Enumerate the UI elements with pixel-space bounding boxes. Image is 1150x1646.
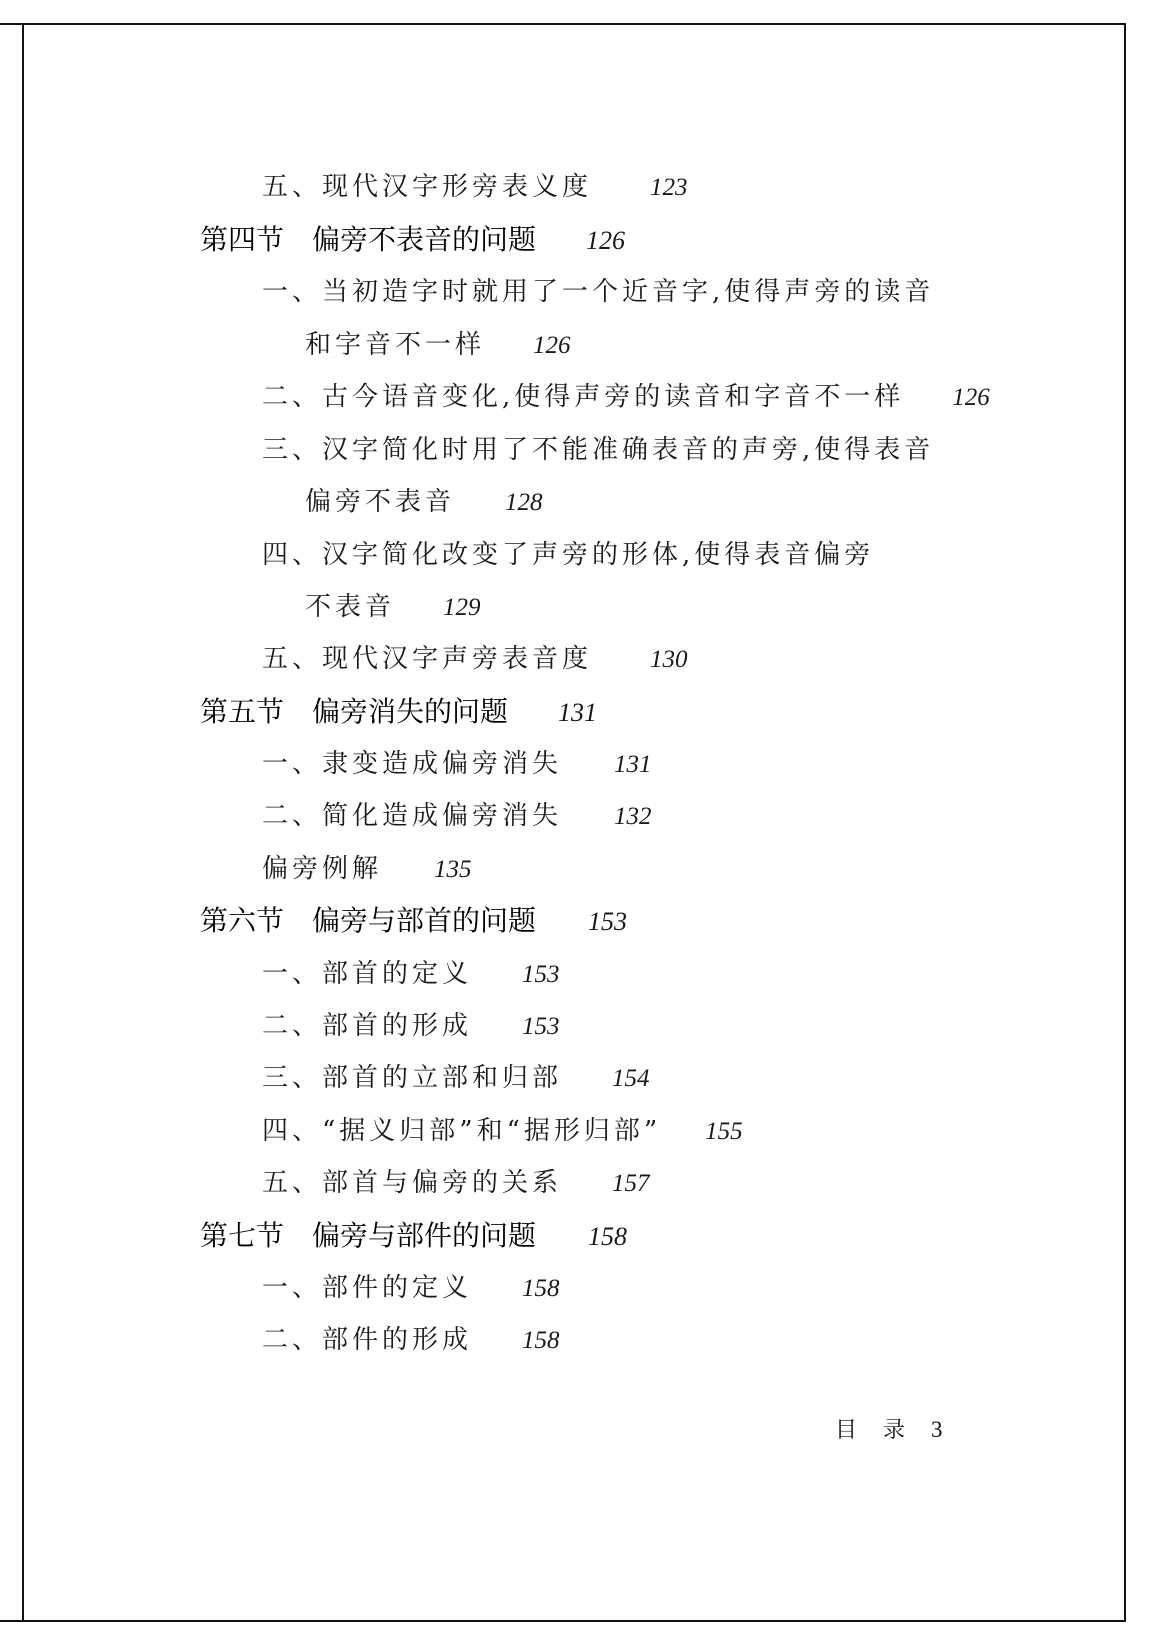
toc-entry-title: 和字音不一样: [305, 330, 485, 360]
toc-entry-continuation: 偏旁不表音128: [305, 482, 543, 522]
toc-page-number: 158: [522, 1327, 560, 1354]
footer-title: 目录: [835, 1418, 931, 1443]
toc-entry-title: 一、部件的定义: [262, 1273, 472, 1303]
page-border-bottom: [0, 1620, 1126, 1622]
toc-page-number: 131: [558, 698, 597, 727]
toc-entry-title: 一、当初造字时就用了一个近音字,使得声旁的读音: [262, 277, 934, 307]
toc-entry: 二、简化造成偏旁消失132: [262, 796, 652, 836]
toc-entry-title: 三、部首的立部和归部: [262, 1063, 562, 1093]
toc-entry: 四、汉字简化改变了声旁的形体,使得表音偏旁: [262, 535, 874, 575]
toc-page-number: 128: [505, 489, 543, 516]
toc-entry: 五、部首与偏旁的关系157: [262, 1163, 650, 1203]
toc-entry-title: 一、部首的定义: [262, 959, 472, 989]
toc-entry-title: 二、部首的形成: [262, 1011, 472, 1041]
toc-page-number: 135: [434, 856, 472, 883]
toc-entry: 二、部首的形成153: [262, 1006, 560, 1046]
toc-entry-title: 二、简化造成偏旁消失: [262, 801, 562, 831]
page-border-top: [0, 23, 1126, 25]
toc-entry: 四、“据义归部”和“据形归部”155: [262, 1111, 743, 1151]
toc-section-entry: 第五节 偏旁消失的问题131: [200, 692, 597, 732]
toc-entry: 一、隶变造成偏旁消失131: [262, 744, 652, 784]
toc-entry-title: 第四节 偏旁不表音的问题: [200, 223, 536, 256]
toc-page-number: 131: [614, 751, 652, 778]
toc-entry-title: 二、部件的形成: [262, 1325, 472, 1355]
toc-entry-title: 四、汉字简化改变了声旁的形体,使得表音偏旁: [262, 540, 874, 570]
toc-page-number: 123: [650, 174, 688, 201]
toc-entry-title: 二、古今语音变化,使得声旁的读音和字音不一样: [262, 382, 904, 412]
toc-page-number: 154: [612, 1065, 650, 1092]
toc-section-entry: 第七节 偏旁与部件的问题158: [200, 1216, 627, 1256]
toc-page-number: 157: [612, 1170, 650, 1197]
toc-entry-title: 第五节 偏旁消失的问题: [200, 695, 508, 728]
toc-page-number: 153: [522, 961, 560, 988]
toc-entry-title: 不表音: [305, 592, 395, 622]
toc-page-number: 153: [522, 1013, 560, 1040]
toc-page-number: 126: [586, 226, 625, 255]
toc-page-number: 155: [705, 1118, 743, 1145]
toc-entry-title: 偏旁不表音: [305, 487, 455, 517]
toc-page-number: 153: [588, 907, 627, 936]
toc-entry: 五、现代汉字形旁表义度123: [262, 167, 688, 207]
toc-entry: 一、当初造字时就用了一个近音字,使得声旁的读音: [262, 272, 934, 312]
page-footer: 目录3: [835, 1413, 943, 1444]
toc-entry: 一、部首的定义153: [262, 954, 560, 994]
toc-entry-title: 一、隶变造成偏旁消失: [262, 749, 562, 779]
toc-entry: 三、汉字简化时用了不能准确表音的声旁,使得表音: [262, 430, 934, 470]
toc-entry-title: 第六节 偏旁与部首的问题: [200, 904, 536, 937]
toc-entry: 偏旁例解135: [262, 849, 472, 889]
toc-entry: 二、部件的形成158: [262, 1320, 560, 1360]
toc-entry: 二、古今语音变化,使得声旁的读音和字音不一样126: [262, 377, 990, 417]
toc-entry: 一、部件的定义158: [262, 1268, 560, 1308]
toc-entry-title: 偏旁例解: [262, 854, 382, 884]
toc-page-number: 130: [650, 646, 688, 673]
toc-entry-continuation: 和字音不一样126: [305, 325, 571, 365]
toc-entry-title: 四、“据义归部”和“据形归部”: [262, 1116, 661, 1146]
toc-entry-title: 三、汉字简化时用了不能准确表音的声旁,使得表音: [262, 435, 934, 465]
toc-section-entry: 第六节 偏旁与部首的问题153: [200, 901, 627, 941]
page-border-left: [22, 23, 24, 1622]
toc-page-number: 126: [533, 332, 571, 359]
toc-entry-title: 第七节 偏旁与部件的问题: [200, 1219, 536, 1252]
toc-entry-title: 五、现代汉字声旁表音度: [262, 644, 592, 674]
toc-entry: 三、部首的立部和归部154: [262, 1058, 650, 1098]
toc-entry: 五、现代汉字声旁表音度130: [262, 639, 688, 679]
footer-page-number: 3: [931, 1417, 943, 1442]
toc-entry-continuation: 不表音129: [305, 587, 481, 627]
page-border-right: [1124, 23, 1126, 1622]
toc-page-number: 129: [443, 594, 481, 621]
toc-section-entry: 第四节 偏旁不表音的问题126: [200, 220, 625, 260]
toc-page-number: 132: [614, 803, 652, 830]
toc-page-number: 126: [952, 384, 990, 411]
toc-page-number: 158: [522, 1275, 560, 1302]
toc-entry-title: 五、现代汉字形旁表义度: [262, 172, 592, 202]
toc-entry-title: 五、部首与偏旁的关系: [262, 1168, 562, 1198]
toc-page-number: 158: [588, 1222, 627, 1251]
